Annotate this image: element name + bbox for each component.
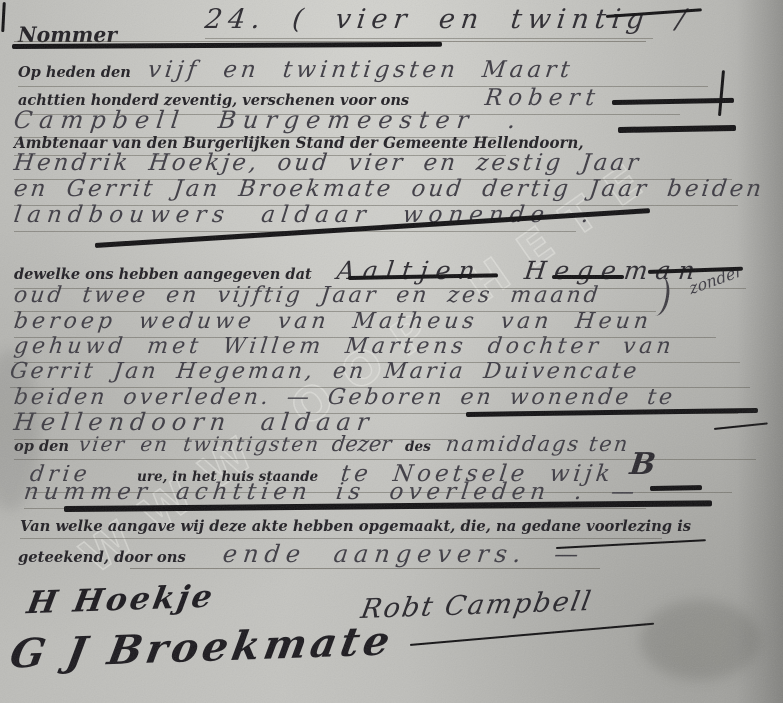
ruled-line bbox=[130, 568, 600, 569]
signature-witness2: G J Broekmate bbox=[7, 617, 398, 677]
name-underline bbox=[552, 275, 624, 279]
handwritten-entry: landbouwers aldaar wonende . bbox=[12, 202, 596, 228]
printed-text: des bbox=[405, 439, 431, 455]
printed-text: dewelke ons hebben aangegeven dat bbox=[14, 265, 312, 283]
handwritten-entry: dezer bbox=[330, 432, 392, 456]
handwritten-entry: Campbell Burgemeester . bbox=[12, 106, 524, 134]
act-number-value: 24. ( vier en twintig / bbox=[203, 4, 693, 35]
document-line: Op heden den vijf en twintigsten Maart bbox=[18, 57, 708, 87]
printed-text: Van welke aangave wij deze akte hebben o… bbox=[20, 517, 691, 535]
signature-flourish bbox=[410, 623, 654, 646]
document-line: Gerrit Jan Hegeman, en Maria Duivencate bbox=[10, 359, 750, 388]
handwritten-entry: en Gerrit Jan Broekmate oud dertig Jaar … bbox=[12, 176, 765, 202]
handwritten-entry: vier en twintigsten bbox=[77, 432, 321, 456]
act-number-row: 24. ( vier en twintig / bbox=[205, 4, 653, 39]
printed-text: Op heden den bbox=[18, 63, 131, 81]
handwritten-entry: vijf en twintigsten Maart bbox=[147, 57, 576, 83]
signature-witness1: H Hoekje bbox=[24, 579, 218, 621]
scan-edge-shadow bbox=[737, 0, 783, 703]
death-certificate-scan: WWW OOP HETE Nommer 24. ( vier en twinti… bbox=[0, 0, 783, 703]
ink-mark bbox=[718, 70, 725, 116]
handwritten-entry: beroep weduwe van Matheus van Heun bbox=[12, 309, 653, 334]
document-line: Van welke aangave wij deze akte hebben o… bbox=[20, 517, 662, 539]
ink-bar bbox=[618, 125, 736, 133]
handwritten-entry: gehuwd met Willem Martens dochter van bbox=[12, 334, 676, 359]
handwritten-entry: beiden overleden. — Geboren en wonende t… bbox=[12, 385, 676, 410]
handwritten-entry: oud twee en vijftig Jaar en zes maand bbox=[12, 283, 602, 308]
handwritten-entry: Gerrit Jan Hegeman, en Maria Duivencate bbox=[8, 359, 640, 384]
ink-mark bbox=[1, 2, 6, 32]
ink-bar bbox=[650, 485, 702, 491]
handwritten-entry: ende aangevers. — bbox=[221, 540, 586, 568]
ink-bar bbox=[612, 98, 734, 105]
document-line: oud twee en vijftig Jaar en zes maand bbox=[14, 283, 656, 312]
handwritten-entry: Hendrik Hoekje, oud vier en zestig Jaar bbox=[12, 150, 642, 176]
ink-bar bbox=[12, 42, 442, 49]
handwritten-entry: namiddags ten bbox=[444, 432, 630, 456]
printed-text: geteekend, door ons bbox=[18, 548, 186, 566]
handwritten-entry: B bbox=[628, 447, 658, 482]
